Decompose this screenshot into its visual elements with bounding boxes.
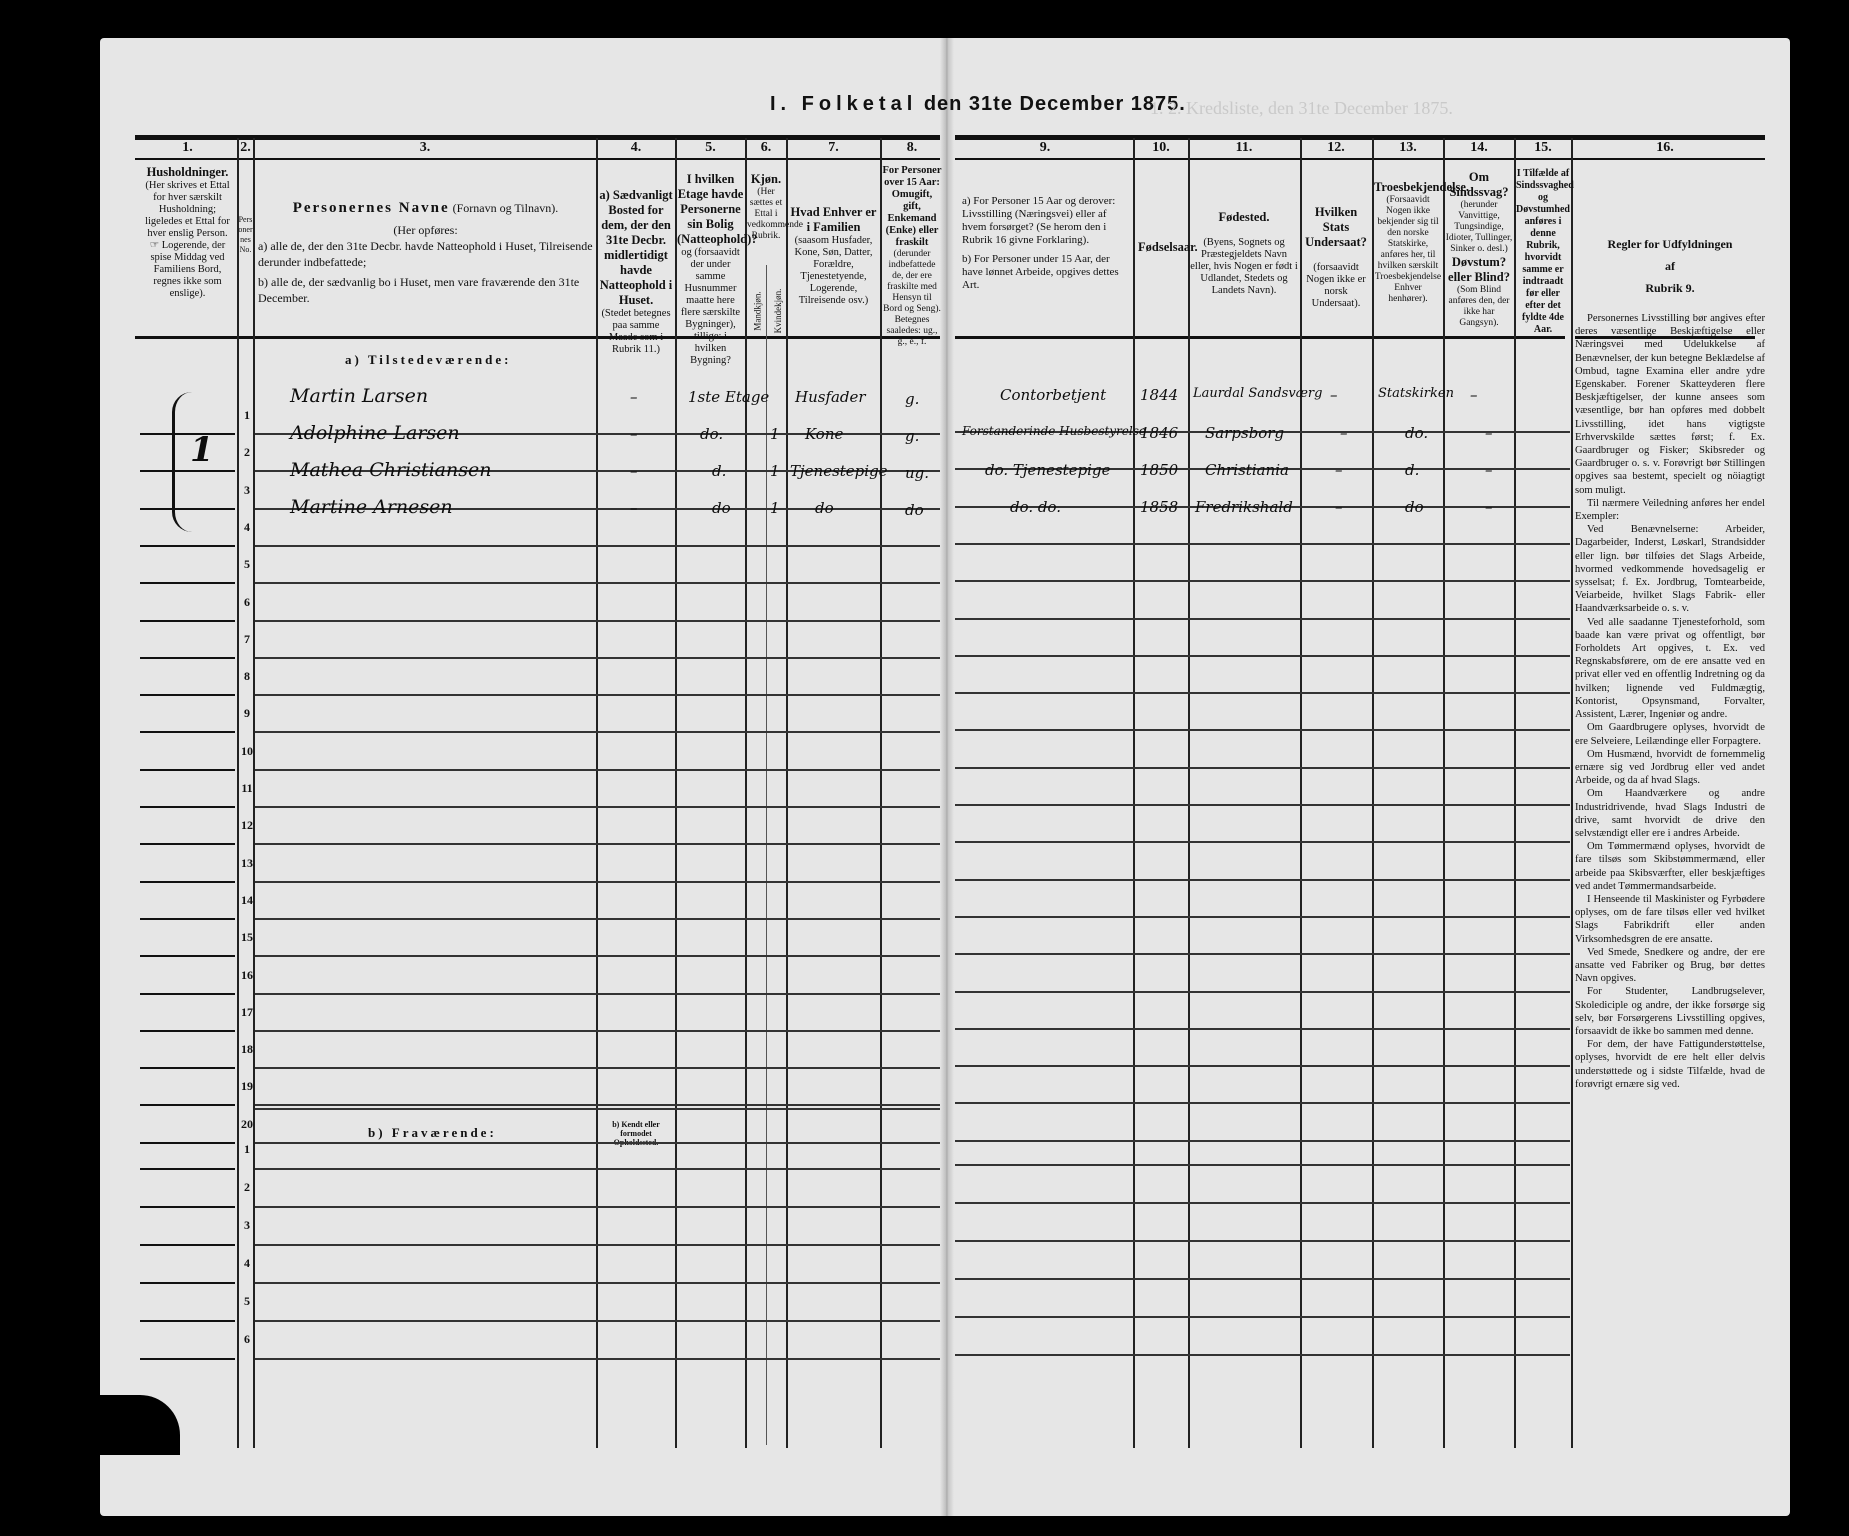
rule-paragraph: For dem, der have Fattigunderstøttelse, … bbox=[1575, 1038, 1765, 1091]
absent-household-tick bbox=[140, 1168, 235, 1170]
absent-row-line bbox=[255, 1168, 940, 1170]
absent-row-line bbox=[255, 1282, 940, 1284]
rule-paragraph: Personernes Livsstilling bør angives eft… bbox=[1575, 312, 1765, 497]
person-etage: do bbox=[712, 499, 731, 517]
person-religion: Statskirken bbox=[1378, 386, 1454, 401]
header-rule-right bbox=[955, 336, 1565, 339]
person-birthplace: Christiania bbox=[1205, 461, 1289, 479]
col11-heading: Fødested. bbox=[1218, 210, 1269, 224]
row-line bbox=[255, 806, 940, 808]
col-num-10: 10. bbox=[1135, 140, 1187, 156]
col16-rules-text: Personernes Livsstilling bør angives eft… bbox=[1575, 312, 1765, 1091]
col7-heading: Hvad Enhver er i Familien bbox=[791, 205, 877, 234]
absent-row-number: 3 bbox=[240, 1218, 254, 1233]
person-etage: 1ste Etage bbox=[688, 388, 769, 406]
row-line-right bbox=[955, 1102, 1570, 1104]
absent-row-line-right bbox=[955, 1278, 1570, 1280]
person-etage: d. bbox=[712, 462, 726, 480]
col12-heading: Hvilken Stats Undersaat? bbox=[1305, 205, 1367, 249]
rule-paragraph: Om Tømmermænd oplyses, hvorvidt de fare … bbox=[1575, 840, 1765, 893]
col8-header: For Personer over 15 Aar: Omugift, gift,… bbox=[882, 165, 942, 348]
person-family-role: Kone bbox=[805, 425, 843, 443]
row-number: 7 bbox=[240, 632, 254, 647]
person-family-role: Husfader bbox=[795, 388, 866, 406]
col-num-5: 5. bbox=[677, 140, 744, 156]
person-name: Mathea Christiansen bbox=[290, 459, 491, 481]
row-line bbox=[255, 993, 940, 995]
row-number: 15 bbox=[240, 930, 254, 945]
row-number: 18 bbox=[240, 1042, 254, 1057]
col-num-12: 12. bbox=[1302, 140, 1370, 156]
col16-header: Regler for Udfyldningen af Rubrik 9. bbox=[1580, 225, 1760, 299]
col10-heading: Fødselsaar. bbox=[1138, 240, 1198, 254]
col16-heading-rubrik: Rubrik 9. bbox=[1580, 277, 1760, 299]
person-birthplace: Fredrikshald bbox=[1195, 498, 1293, 516]
col3-intro: (Her opføres: bbox=[258, 222, 593, 238]
row-line bbox=[255, 843, 940, 845]
row-number: 13 bbox=[240, 856, 254, 871]
person-birth-year: 1850 bbox=[1140, 461, 1178, 479]
person-col14: – bbox=[1485, 461, 1493, 479]
row-line-right bbox=[955, 1065, 1570, 1067]
person-religion: do. bbox=[1405, 424, 1428, 442]
col10-header: Fødselsaar. bbox=[1138, 240, 1186, 255]
row-number: 2 bbox=[240, 445, 254, 460]
col-divider-6-7 bbox=[786, 138, 788, 1448]
row-number: 5 bbox=[240, 557, 254, 572]
row-line-right bbox=[955, 804, 1570, 806]
row-line-right bbox=[955, 841, 1570, 843]
household-tick bbox=[140, 993, 235, 995]
row-line-right bbox=[955, 991, 1570, 993]
col14-text2: (Som Blind anføres den, der ikke har Gan… bbox=[1449, 285, 1510, 328]
person-nationality: – bbox=[1330, 386, 1338, 404]
col-num-6: 6. bbox=[747, 140, 785, 156]
col8-text: (derunder indbefattede de, der ere frask… bbox=[883, 249, 941, 347]
col9-text-b: b) For Personer under 15 Aar, der have l… bbox=[962, 253, 1130, 292]
col-divider-11-12 bbox=[1300, 138, 1302, 1448]
row-line bbox=[255, 545, 940, 547]
row-line-right bbox=[955, 729, 1570, 731]
col12-text: (forsaavidt Nogen ikke er norsk Undersaa… bbox=[1306, 262, 1365, 309]
absent-row-number: 5 bbox=[240, 1294, 254, 1309]
person-col4: – bbox=[630, 499, 638, 517]
col3-subheading: (Fornavn og Tilnavn). bbox=[453, 201, 559, 215]
household-tick bbox=[140, 657, 235, 659]
household-tick bbox=[140, 1142, 235, 1144]
row-line-right bbox=[955, 543, 1570, 545]
row-line bbox=[255, 731, 940, 733]
col2-heading: Personernes No. bbox=[238, 215, 252, 254]
row-line bbox=[255, 769, 940, 771]
household-tick bbox=[140, 694, 235, 696]
absent-row-line-right bbox=[955, 1316, 1570, 1318]
row-line-right bbox=[955, 692, 1570, 694]
bleed-through-title: 1. 2. Kredsliste, den 31te December 1875… bbox=[1150, 98, 1453, 119]
col2-header: Personernes No. bbox=[238, 215, 253, 255]
row-number: 9 bbox=[240, 706, 254, 721]
col-divider-1-2 bbox=[237, 138, 239, 1448]
col-num-16: 16. bbox=[1580, 140, 1750, 156]
absent-row-line-right bbox=[955, 1202, 1570, 1204]
absent-row-line bbox=[255, 1244, 940, 1246]
col13-text: (Forsaavidt Nogen ikke bekjender sig til… bbox=[1375, 195, 1441, 304]
row-number: 17 bbox=[240, 1005, 254, 1020]
person-name: Adolphine Larsen bbox=[290, 422, 460, 444]
col9-text-a: a) For Personer 15 Aar og derover: Livss… bbox=[962, 195, 1130, 247]
col13-header: Troesbekjendelse. (Forsaavidt Nogen ikke… bbox=[1374, 180, 1442, 305]
col16-heading-af: af bbox=[1580, 255, 1760, 277]
col1-note: ☞ Logerende, der spise Middag ved Famili… bbox=[150, 240, 226, 299]
household-tick bbox=[140, 1030, 235, 1032]
col-num-11: 11. bbox=[1190, 140, 1298, 156]
title-prefix: I. Folketal bbox=[770, 93, 917, 115]
col5-text: og (forsaavidt der under samme Husnummer… bbox=[681, 247, 740, 366]
row-number: 8 bbox=[240, 669, 254, 684]
row-number: 10 bbox=[240, 744, 254, 759]
row-line bbox=[255, 918, 940, 920]
col-num-9: 9. bbox=[960, 140, 1130, 156]
person-occupation: Forstanderinde Husbestyrelse bbox=[962, 424, 1146, 438]
header-rule-left bbox=[135, 336, 940, 339]
section-absent: b) Fraværende: bbox=[368, 1125, 497, 1141]
person-col14: – bbox=[1485, 424, 1493, 442]
absent-household-tick bbox=[140, 1358, 235, 1360]
col6-male-label: Mandkjøn. bbox=[753, 291, 763, 330]
person-col14: – bbox=[1470, 386, 1478, 404]
row-line bbox=[255, 620, 940, 622]
col4-heading: a) Sædvanligt Bosted for dem, der den 31… bbox=[599, 188, 672, 307]
page-title: I. Folketal den 31te December 1875. bbox=[770, 93, 1186, 116]
household-tick bbox=[140, 620, 235, 622]
title-suffix: den 31te December 1875. bbox=[924, 93, 1186, 115]
absent-row-line-right bbox=[955, 1164, 1570, 1166]
person-etage: do. bbox=[700, 425, 723, 443]
row-line bbox=[255, 657, 940, 659]
absent-household-tick bbox=[140, 1244, 235, 1246]
household-brace bbox=[172, 392, 205, 532]
row-line-right bbox=[955, 1028, 1570, 1030]
person-occupation: do. Tjenestepige bbox=[985, 461, 1110, 479]
row-line bbox=[255, 694, 940, 696]
row-number: 20 bbox=[240, 1117, 254, 1132]
col-divider-6-sub bbox=[766, 265, 767, 1445]
person-female: 1 bbox=[770, 462, 780, 480]
col15-text: I Tilfælde af Sindssvaghed og Døvstumhed… bbox=[1516, 168, 1574, 335]
book-gutter bbox=[940, 38, 954, 1516]
absent-header-line bbox=[255, 1108, 940, 1110]
person-civil-status: g. bbox=[905, 390, 919, 408]
col3-header: Personernes Navne (Fornavn og Tilnavn). … bbox=[258, 200, 593, 306]
col-num-7: 7. bbox=[788, 140, 879, 156]
rule-paragraph: Om Haandværkere og andre Industridrivend… bbox=[1575, 787, 1765, 840]
person-family-role: do bbox=[815, 499, 834, 517]
absent-row-number: 2 bbox=[240, 1180, 254, 1195]
household-tick bbox=[140, 731, 235, 733]
col-num-4: 4. bbox=[598, 140, 674, 156]
col7-header: Hvad Enhver er i Familien (saasom Husfad… bbox=[788, 205, 879, 307]
row-line-right bbox=[955, 767, 1570, 769]
col6-sub-female: Kvindekjøn. bbox=[772, 286, 784, 336]
absent-row-line-right bbox=[955, 1240, 1570, 1242]
row-line bbox=[255, 1142, 940, 1144]
rule-paragraph: I Henseende til Maskinister og Fyrbødere… bbox=[1575, 893, 1765, 946]
row-line-right bbox=[955, 580, 1570, 582]
person-civil-status: do bbox=[905, 501, 924, 519]
col6-female-label: Kvindekjøn. bbox=[773, 289, 783, 334]
col-num-13: 13. bbox=[1374, 140, 1442, 156]
col5-header: I hvilken Etage havde Personerne sin Bol… bbox=[677, 172, 744, 367]
person-nationality: – bbox=[1335, 498, 1343, 516]
person-name: Martin Larsen bbox=[290, 385, 428, 407]
row-number: 12 bbox=[240, 818, 254, 833]
row-line-right bbox=[955, 879, 1570, 881]
col9-header: a) For Personer 15 Aar og derover: Livss… bbox=[962, 195, 1130, 292]
col-divider-10-11 bbox=[1188, 138, 1190, 1448]
row-line-right bbox=[955, 655, 1570, 657]
absent-household-tick bbox=[140, 1320, 235, 1322]
household-tick bbox=[140, 918, 235, 920]
row-number: 16 bbox=[240, 968, 254, 983]
col-num-14: 14. bbox=[1445, 140, 1513, 156]
rule-paragraph: Ved alle saadanne Tjenesteforhold, som b… bbox=[1575, 616, 1765, 722]
row-line-right bbox=[955, 916, 1570, 918]
absent-row-number: 1 bbox=[240, 1142, 254, 1157]
person-birthplace: Laurdal Sandsværg bbox=[1193, 386, 1322, 401]
col11-header: Fødested. (Byens, Sognets og Præstegjeld… bbox=[1190, 210, 1298, 297]
household-tick bbox=[140, 806, 235, 808]
household-tick bbox=[140, 1067, 235, 1069]
absent-row-line bbox=[255, 1320, 940, 1322]
person-birthplace: Sarpsborg bbox=[1205, 424, 1284, 442]
row-number: 3 bbox=[240, 483, 254, 498]
col-num-15: 15. bbox=[1516, 140, 1570, 156]
col-num-1: 1. bbox=[140, 140, 235, 156]
absent-row-line-right bbox=[955, 1354, 1570, 1356]
col15-header: I Tilfælde af Sindssvaghed og Døvstumhed… bbox=[1516, 168, 1570, 336]
row-line-right bbox=[955, 618, 1570, 620]
col3-text-b: b) alle de, der sædvanlig bo i Huset, me… bbox=[258, 274, 593, 306]
col-divider-9-10 bbox=[1133, 138, 1135, 1448]
rule-paragraph: Om Husmænd, hvorvidt de fornemmelig ernæ… bbox=[1575, 748, 1765, 788]
person-civil-status: ug. bbox=[905, 464, 929, 482]
person-civil-status: g. bbox=[905, 427, 919, 445]
person-nationality: – bbox=[1335, 461, 1343, 479]
row-number: 19 bbox=[240, 1079, 254, 1094]
absent-household-tick bbox=[140, 1282, 235, 1284]
col-divider-12-13 bbox=[1372, 138, 1374, 1448]
person-birth-year: 1844 bbox=[1140, 386, 1178, 404]
row-line-right bbox=[955, 1140, 1570, 1142]
row-line bbox=[255, 955, 940, 957]
rule-paragraph: Til nærmere Veiledning anføres her endel… bbox=[1575, 497, 1765, 523]
row-number: 4 bbox=[240, 520, 254, 535]
person-female: 1 bbox=[770, 499, 780, 517]
person-col14: – bbox=[1485, 498, 1493, 516]
person-col4: – bbox=[630, 425, 638, 443]
col7-text: (saasom Husfader, Kone, Søn, Datter, For… bbox=[794, 235, 872, 306]
row-number: 14 bbox=[240, 893, 254, 908]
col-num-3: 3. bbox=[255, 140, 595, 156]
person-name: Martine Arnesen bbox=[290, 496, 453, 518]
absent-row-number: 4 bbox=[240, 1256, 254, 1271]
row-line bbox=[255, 1104, 940, 1106]
person-birth-year: 1858 bbox=[1140, 498, 1178, 516]
person-occupation: do. do. bbox=[1010, 498, 1061, 516]
col14-heading: Om Sindssvag? bbox=[1449, 170, 1508, 199]
col6-heading: Kjøn. bbox=[751, 172, 781, 186]
colnum-rule-left bbox=[135, 158, 940, 160]
col-num-2: 2. bbox=[238, 140, 253, 156]
rule-paragraph: For Studenter, Landbrugselever, Skoledic… bbox=[1575, 985, 1765, 1038]
col1-header: Husholdninger. (Her skrives et Ettal for… bbox=[140, 165, 235, 300]
col-divider-13-14 bbox=[1443, 138, 1445, 1448]
person-nationality: – bbox=[1340, 424, 1348, 442]
col4-header: a) Sædvanligt Bosted for dem, der den 31… bbox=[598, 188, 674, 356]
absent-row-line bbox=[255, 1358, 940, 1360]
rule-paragraph: Ved Smede, Snedkere og andre, der ere an… bbox=[1575, 946, 1765, 986]
col8-heading: For Personer over 15 Aar: Omugift, gift,… bbox=[883, 165, 942, 248]
col11-text: (Byens, Sognets og Præstegjeldets Navn e… bbox=[1190, 237, 1297, 296]
rule-paragraph: Ved Benævnelserne: Arbeider, Dagarbeider… bbox=[1575, 523, 1765, 615]
col3-text-a: a) alle de, der den 31te Decbr. havde Na… bbox=[258, 238, 593, 270]
household-tick bbox=[140, 1104, 235, 1106]
col-num-8: 8. bbox=[882, 140, 942, 156]
row-line bbox=[255, 1067, 940, 1069]
row-line bbox=[255, 582, 940, 584]
person-birth-year: 1846 bbox=[1140, 424, 1178, 442]
person-col4: – bbox=[630, 388, 638, 406]
row-number: 11 bbox=[240, 781, 254, 796]
person-family-role: Tjenestepige bbox=[790, 462, 888, 480]
person-religion: do bbox=[1405, 498, 1424, 516]
col14-heading2: Døvstum? eller Blind? bbox=[1448, 255, 1510, 284]
household-tick bbox=[140, 843, 235, 845]
col4-text: (Stedet betegnes paa samme Maade som i R… bbox=[601, 308, 670, 355]
household-tick bbox=[140, 582, 235, 584]
col12-header: Hvilken Stats Undersaat? (forsaavidt Nog… bbox=[1302, 205, 1370, 310]
col14-text: (herunder Vanvittige, Tungsindige, Idiot… bbox=[1446, 200, 1513, 254]
person-religion: d. bbox=[1405, 461, 1419, 479]
row-line-right bbox=[955, 953, 1570, 955]
col6-sub-male: Mandkjøn. bbox=[752, 289, 764, 334]
rule-paragraph: Om Gaardbrugere oplyses, hvorvidt de ere… bbox=[1575, 721, 1765, 747]
row-number: 6 bbox=[240, 595, 254, 610]
person-female: 1 bbox=[770, 425, 780, 443]
row-line bbox=[255, 1030, 940, 1032]
col3-heading: Personernes Navne bbox=[293, 200, 450, 216]
col-divider-15-16 bbox=[1571, 138, 1573, 1448]
section-present: a) Tilstedeværende: bbox=[345, 352, 511, 368]
household-tick bbox=[140, 881, 235, 883]
household-tick bbox=[140, 769, 235, 771]
absent-household-tick bbox=[140, 1206, 235, 1208]
absent-row-line bbox=[255, 1206, 940, 1208]
person-occupation: Contorbetjent bbox=[1000, 386, 1106, 404]
colnum-rule-right bbox=[955, 158, 1765, 160]
col16-heading: Regler for Udfyldningen bbox=[1580, 233, 1760, 255]
household-tick bbox=[140, 955, 235, 957]
col1-text: (Her skrives et Ettal for hver særskilt … bbox=[145, 180, 230, 239]
household-tick bbox=[140, 545, 235, 547]
col6-header: Kjøn. (Her sættes et Ettal i vedkommende… bbox=[747, 172, 785, 242]
col-divider-5-6 bbox=[745, 138, 747, 1448]
row-number: 1 bbox=[240, 408, 254, 423]
absent-row-number: 6 bbox=[240, 1332, 254, 1347]
row-line bbox=[255, 881, 940, 883]
person-col4: – bbox=[630, 462, 638, 480]
col1-heading: Husholdninger. bbox=[147, 165, 229, 179]
col14-header: Om Sindssvag? (herunder Vanvittige, Tung… bbox=[1445, 170, 1513, 329]
